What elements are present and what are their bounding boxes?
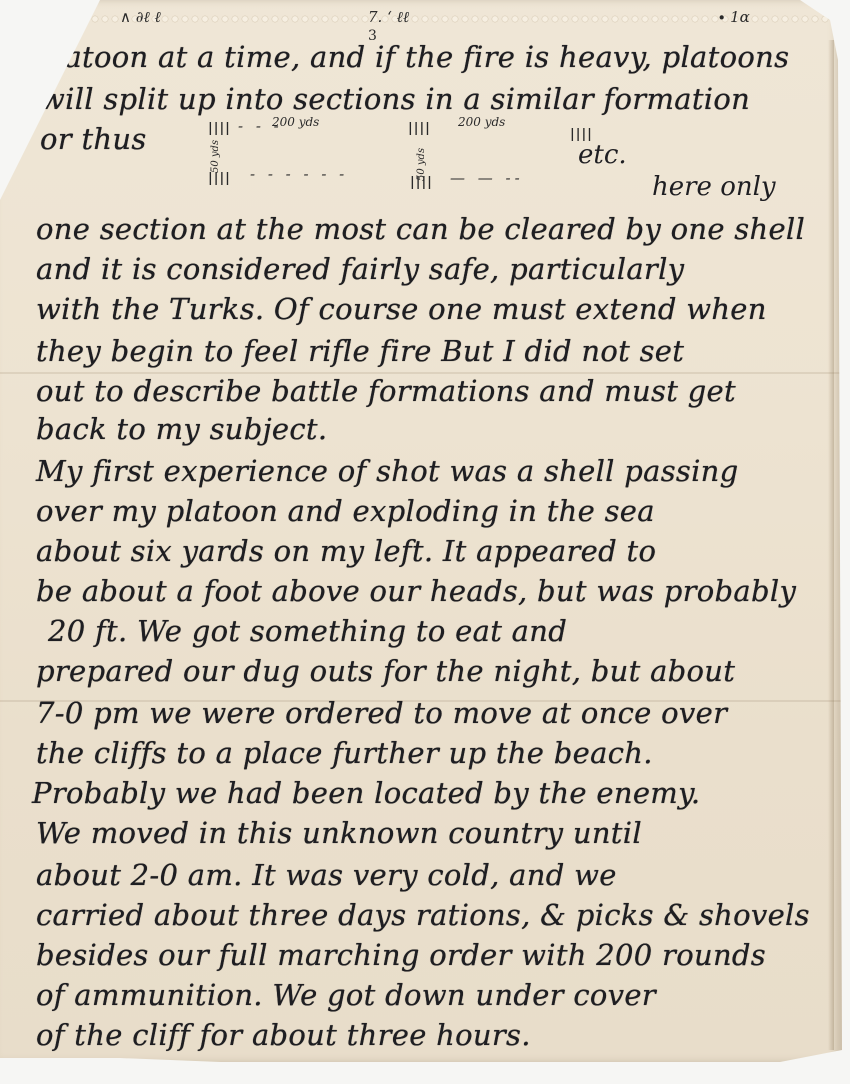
diagram-section-mark: |||| (408, 121, 431, 136)
text-line: of the cliff for about three hours. (36, 1018, 531, 1052)
text-line: out to describe battle formations and mu… (36, 374, 736, 408)
text-line: 7-0 pm we were ordered to move at once o… (36, 696, 727, 730)
text-line: with the Turks. Of course one must exten… (36, 292, 767, 326)
text-line: about 2-0 am. It was very cold, and we (36, 858, 617, 892)
diagram-vertical-label: 50 yds (210, 140, 221, 173)
paper-edge-shadow (828, 40, 834, 1050)
text-line: Probably we had been located by the enem… (32, 776, 700, 810)
text-line: or thus (40, 122, 147, 156)
here-only-note: here only (652, 172, 776, 202)
diagram-dashes: — — -- (450, 169, 524, 187)
text-line: platoon at a time, and if the fire is he… (36, 40, 789, 74)
letter-page: ∧ ∂ℓ ℓ 7. ‘ ℓℓ ∙ 1α 3 platoon at a time,… (0, 0, 842, 1062)
text-line: prepared our dug outs for the night, but… (36, 654, 735, 688)
text-line: My first experience of shot was a shell … (36, 454, 739, 488)
diagram-distance-label: 200 yds (458, 115, 505, 129)
text-line: besides our full marching order with 200… (36, 938, 766, 972)
text-line: will split up into sections in a similar… (40, 82, 750, 116)
text-line: be about a foot above our heads, but was… (36, 574, 796, 608)
header-mark-left: ∧ ∂ℓ ℓ (120, 8, 161, 27)
diagram-section-mark: |||| (410, 175, 433, 190)
text-line: carried about three days rations, & pick… (36, 898, 810, 932)
diagram-etc-note: etc. (578, 140, 627, 170)
diagram-section-mark: |||| (208, 171, 231, 186)
text-line: and it is considered fairly safe, partic… (36, 252, 684, 286)
diagram-dashes: - - - - - - (250, 165, 348, 183)
text-line: of ammunition. We got down under cover (36, 978, 656, 1012)
text-line: one section at the most can be cleared b… (36, 212, 805, 246)
text-line: over my platoon and exploding in the sea (36, 494, 655, 528)
text-line: they begin to feel rifle fire But I did … (36, 334, 684, 368)
text-line: We moved in this unknown country until (36, 816, 642, 850)
text-line: back to my subject. (36, 412, 327, 446)
header-mark-middle: 7. ‘ ℓℓ (368, 8, 409, 27)
header-mark-right: ∙ 1α (718, 8, 750, 26)
text-line: 20 ft. We got something to eat and (48, 614, 567, 648)
text-line: about six yards on my left. It appeared … (36, 534, 656, 568)
diagram-section-mark: |||| (208, 121, 231, 136)
text-line: the cliffs to a place further up the bea… (36, 736, 653, 770)
diagram-distance-label: 200 yds (272, 115, 319, 129)
